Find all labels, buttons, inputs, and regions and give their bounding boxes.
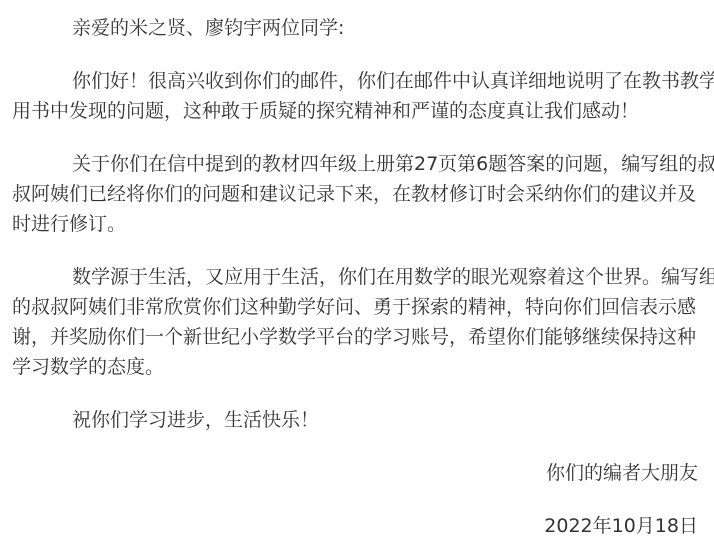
signature: 你们的编者大朋友 <box>12 458 698 488</box>
letter-date: 2022年10月18日 <box>12 511 698 541</box>
letter-line: 学习数学的态度。 <box>12 352 698 382</box>
letter-line: 时进行修订。 <box>12 209 698 239</box>
salutation: 亲爱的米之贤、廖钧宇两位同学: <box>12 13 698 43</box>
letter-paragraph: 祝你们学习进步，生活快乐！ <box>12 405 698 435</box>
letter-line: 数学源于生活，又应用于生活，你们在用数学的眼光观察着这个世界。编写组 <box>12 262 698 292</box>
letter-paragraph: 关于你们在信中提到的教材四年级上册第27页第6题答案的问题，编写组的叔叔阿姨们已… <box>12 149 698 239</box>
letter-line: 你们好！很高兴收到你们的邮件，你们在邮件中认真详细地说明了在教书教学 <box>12 66 698 96</box>
letter-paragraph: 你们好！很高兴收到你们的邮件，你们在邮件中认真详细地说明了在教书教学用书中发现的… <box>12 66 698 126</box>
letter-page: 亲爱的米之贤、廖钧宇两位同学: 你们好！很高兴收到你们的邮件，你们在邮件中认真详… <box>0 0 714 550</box>
letter-body: 亲爱的米之贤、廖钧宇两位同学: 你们好！很高兴收到你们的邮件，你们在邮件中认真详… <box>0 0 714 541</box>
letter-line: 的叔叔阿姨们非常欣赏你们这种勤学好问、勇于探索的精神，特向你们回信表示感 <box>12 292 698 322</box>
letter-line: 叔阿姨们已经将你们的问题和建议记录下来，在教材修订时会采纳你们的建议并及 <box>12 179 698 209</box>
letter-line: 用书中发现的问题，这种敢于质疑的探究精神和严谨的态度真让我们感动！ <box>12 96 698 126</box>
letter-paragraphs: 你们好！很高兴收到你们的邮件，你们在邮件中认真详细地说明了在教书教学用书中发现的… <box>12 66 698 435</box>
letter-line: 谢，并奖励你们一个新世纪小学数学平台的学习账号，希望你们能够继续保持这种 <box>12 322 698 352</box>
letter-paragraph: 数学源于生活，又应用于生活，你们在用数学的眼光观察着这个世界。编写组的叔叔阿姨们… <box>12 262 698 382</box>
letter-line: 祝你们学习进步，生活快乐！ <box>12 405 698 435</box>
letter-line: 关于你们在信中提到的教材四年级上册第27页第6题答案的问题，编写组的叔 <box>12 149 698 179</box>
